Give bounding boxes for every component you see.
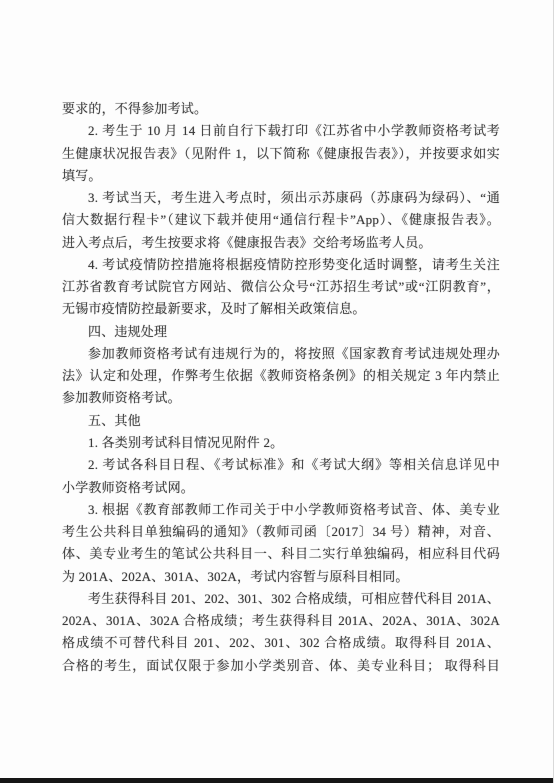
text-line: 202A、301A、302A 合格成绩；考生获得科目 201A、202A、301… [62, 610, 500, 632]
text-line: 要求的，不得参加考试。 [62, 98, 500, 120]
text-line: 填写。 [62, 165, 500, 187]
text-line: 为 201A、202A、301A、302A，考试内容暂与原科目相同。 [62, 566, 500, 588]
section-heading: 五、其他 [62, 410, 500, 432]
text-line: 参加教师资格考试有违规行为的，将按照《国家教育考试违规处理办 [62, 343, 500, 365]
text-line: 2. 考试各科目日程、《考试标准》和《考试大纲》等相关信息详见中 [62, 454, 500, 476]
text-line: 3. 考试当天，考生进入考点时，须出示苏康码（苏康码为绿码）、“通 [62, 187, 500, 209]
text-line: 小学教师资格考试网。 [62, 477, 500, 499]
text-line: 考生公共科目单独编码的通知》（教师司函〔2017〕34 号）精神，对音、 [62, 521, 500, 543]
text-line: 法》认定和处理，作弊考生依据《教师资格条例》的相关规定 3 年内禁止 [62, 365, 500, 387]
text-line: 3. 根据《教育部教师工作司关于中小学教师资格考试音、体、美专业 [62, 499, 500, 521]
text-line: 1. 各类别考试科目情况见附件 2。 [62, 432, 500, 454]
text-line: 2. 考生于 10 月 14 日前自行下载打印《江苏省中小学教师资格考试考 [62, 120, 500, 142]
text-line: 生健康状况报告表》（见附件 1，以下简称《健康报告表》），并按要求如实 [62, 143, 500, 165]
text-line: 无锡市疫情防控最新要求，及时了解相关政策信息。 [62, 298, 500, 320]
document-text-block: 要求的，不得参加考试。 2. 考生于 10 月 14 日前自行下载打印《江苏省中… [62, 98, 500, 677]
text-line: 参加教师资格考试。 [62, 387, 500, 409]
text-line: 体、美专业考生的笔试公共科目一、科目二实行单独编码，相应科目代码 [62, 543, 500, 565]
document-page: 要求的，不得参加考试。 2. 考生于 10 月 14 日前自行下载打印《江苏省中… [0, 0, 554, 783]
text-line: 江苏省教育考试院官方网站、微信公众号“江苏招生考试”或“江阴教育”， [62, 276, 500, 298]
text-line: 进入考点后，考生按要求将《健康报告表》交给考场监考人员。 [62, 232, 500, 254]
scan-bottom-edge [0, 778, 553, 783]
text-line: 4. 考试疫情防控措施将根据疫情防控形势变化适时调整，请考生关注 [62, 254, 500, 276]
text-line: 合格的考生，面试仅限于参加小学类别音、体、美专业科目； 取得科目 [62, 655, 500, 677]
section-heading: 四、违规处理 [62, 321, 500, 343]
text-line: 考生获得科目 201、202、301、302 合格成绩，可相应替代科目 201A… [62, 588, 500, 610]
text-line: 格成绩不可替代科目 201、202、301、302 合格成绩。取得科目 201A… [62, 632, 500, 654]
text-line: 信大数据行程卡”（建议下载并使用“通信行程卡”App）、《健康报告表》。 [62, 209, 500, 231]
